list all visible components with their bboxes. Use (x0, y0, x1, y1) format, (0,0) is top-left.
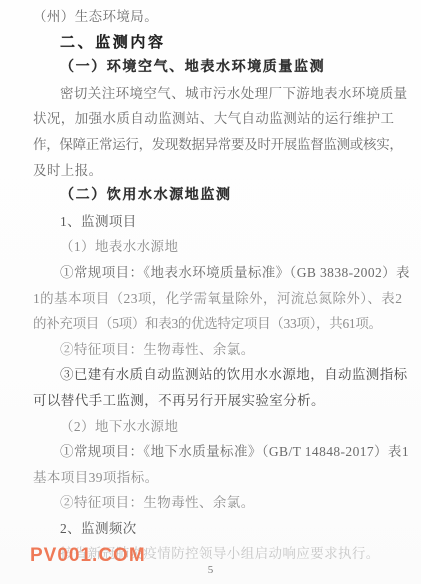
para-surface-regular-line-2: 1的基本项目（23项，化学需氧量除外，河流总氮除外）、表2 (33, 286, 395, 312)
para-auto-station-line-1: ③已建有水质自动监测站的饮用水水源地，自动监测指标 (33, 362, 395, 388)
para-ground-regular-line-1: ①常规项目：《地下水质量标准》（GB/T 14848-2017）表1 (33, 439, 395, 465)
para-surface-regular-line-3: 的补充项目（5项）和表3的优选特定项目（33项），共61项。 (33, 311, 395, 337)
para-air-water-line-3: 作，保障正常运行，发现数据异常要及时开展监督监测或核实， (33, 132, 395, 158)
para-ground-regular-line-2: 基本项目39项指标。 (33, 465, 395, 491)
item-monitoring-projects: 1、监测项目 (33, 209, 395, 235)
para-surface-regular-line-1: ①常规项目：《地表水环境质量标准》（GB 3838-2002）表 (33, 260, 395, 286)
item-surface-water-source: （1）地表水水源地 (33, 234, 395, 260)
para-auto-station-line-2: 可以替代手工监测，不再另行开展实验室分析。 (33, 388, 395, 414)
document-page: （州）生态环境局。 二、监测内容 （一）环境空气、地表水环境质量监测 密切关注环… (0, 0, 421, 584)
item-monitoring-frequency: 2、监测频次 (33, 516, 395, 542)
heading-drinking-water-source: （二）饮用水水源地监测 (33, 183, 395, 209)
line-surface-characteristic: ②特征项目：生物毒性、余氯。 (33, 337, 395, 363)
line-ground-characteristic: ②特征项目：生物毒性、余氯。 (33, 490, 395, 516)
para-air-water-line-2: 状况，加强水质自动监测站、大气自动监测站的运行维护工 (33, 106, 395, 132)
para-air-water-line-4: 及时上报。 (33, 158, 395, 184)
document-body: （州）生态环境局。 二、监测内容 （一）环境空气、地表水环境质量监测 密切关注环… (33, 4, 395, 567)
para-air-water-line-1: 密切关注环境空气、城市污水处理厂下游地表水环境质量 (33, 81, 395, 107)
page-number: 5 (0, 564, 421, 576)
heading-monitoring-content: 二、监测内容 (33, 30, 395, 56)
heading-air-surface-water: （一）环境空气、地表水环境质量监测 (33, 55, 395, 81)
item-groundwater-source: （2）地下水水源地 (33, 414, 395, 440)
line-agency-name: （州）生态环境局。 (33, 4, 395, 30)
